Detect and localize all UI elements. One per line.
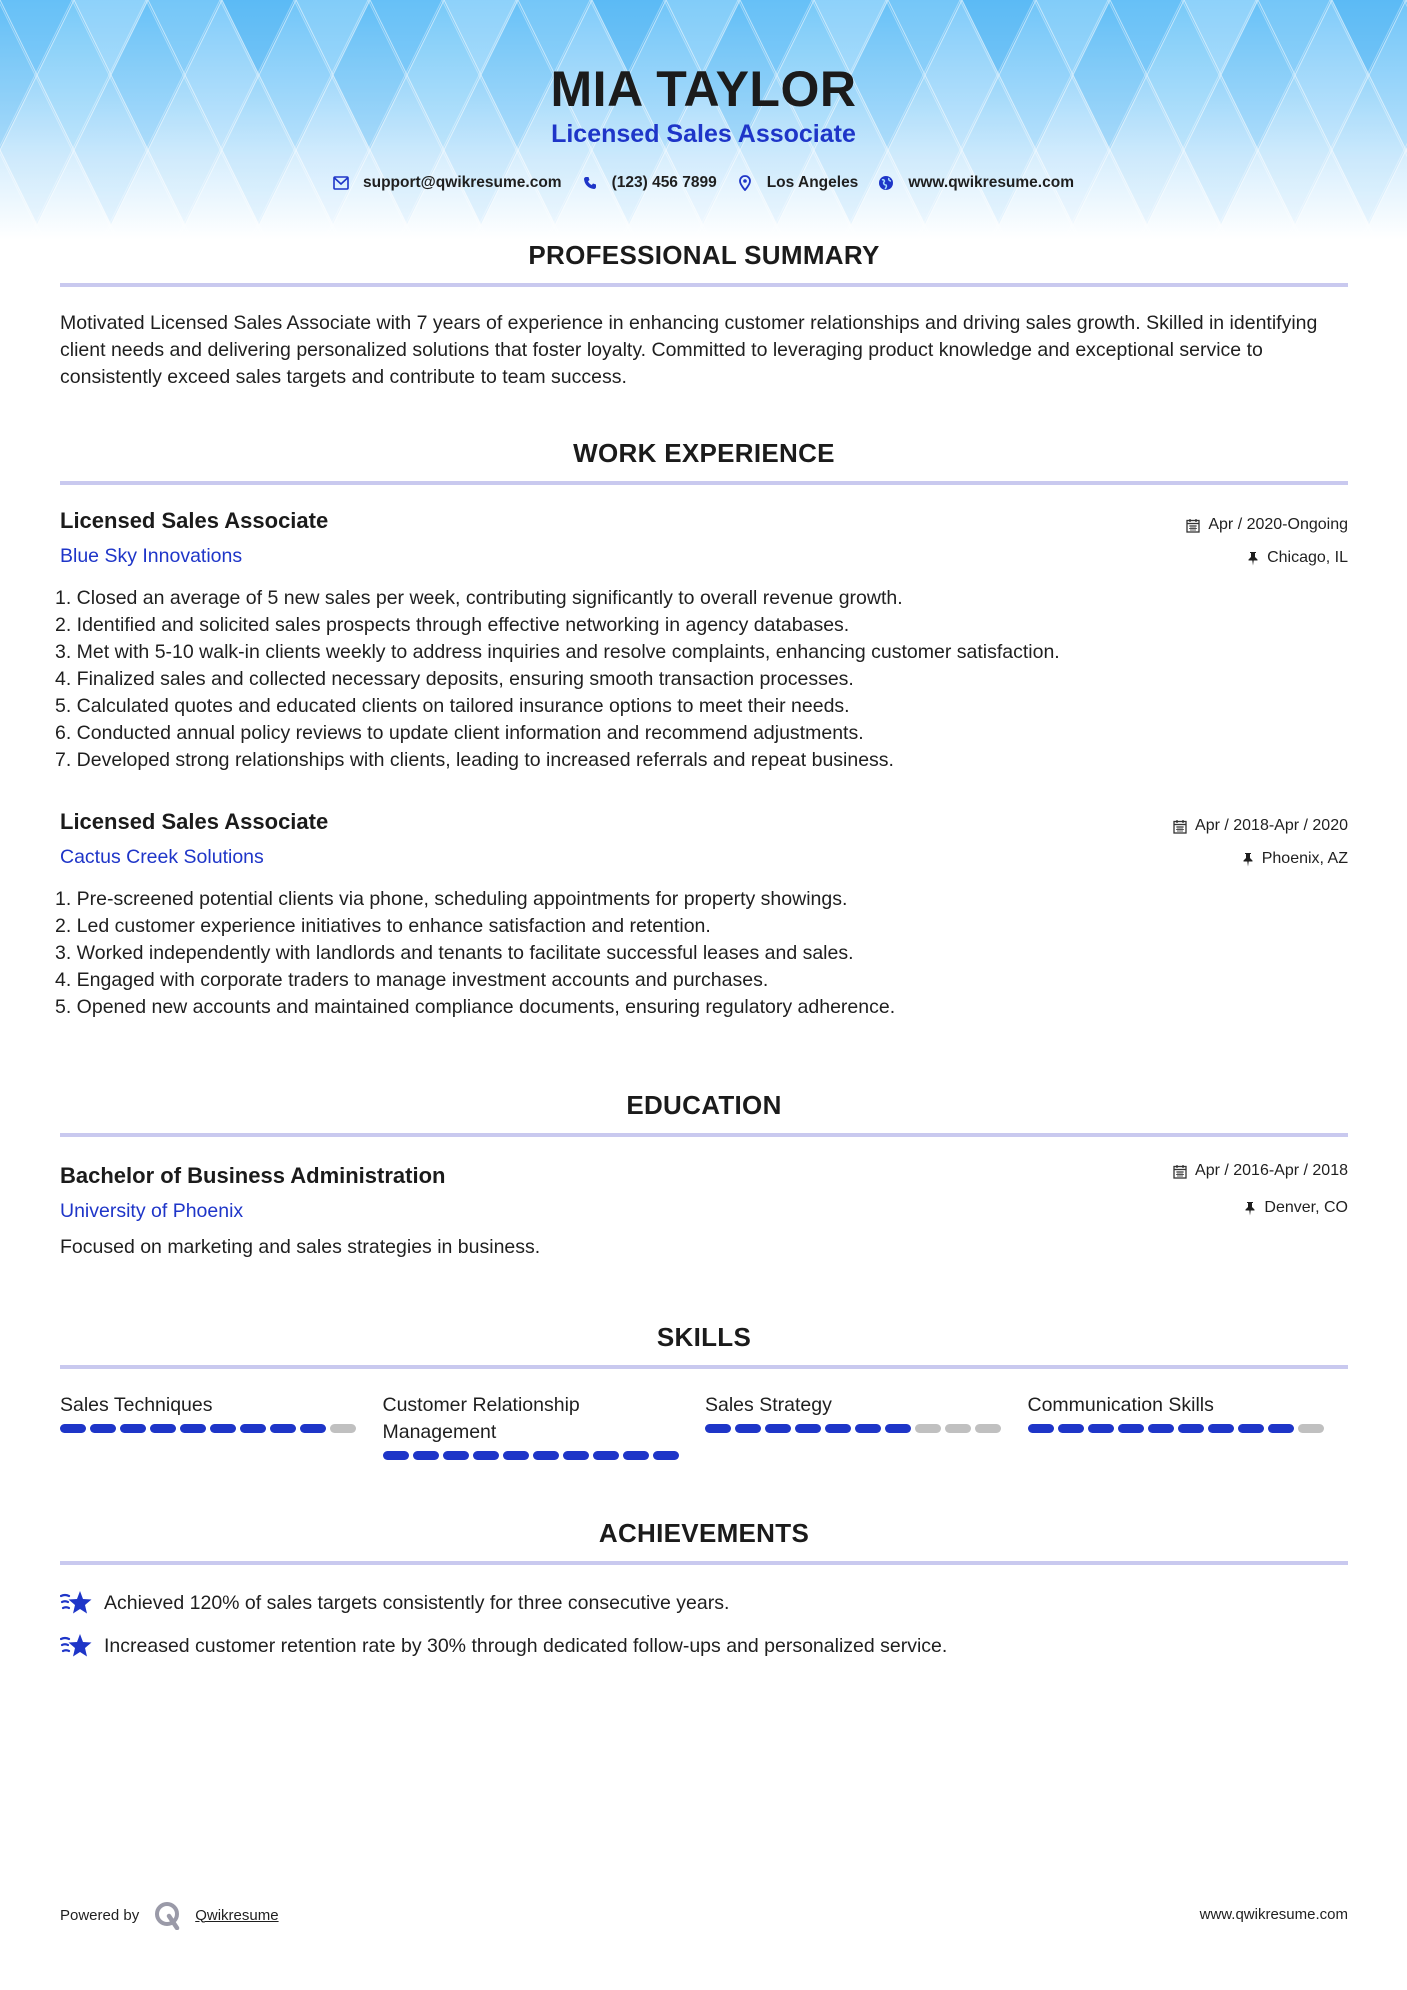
skill-segment [795,1424,821,1433]
skill-rating-bar [383,1451,706,1460]
section-divider [60,283,1348,287]
skill-segment [735,1424,761,1433]
skill-segment [1238,1424,1264,1433]
skill-item: Sales Techniques [60,1392,383,1460]
skill-segment [473,1451,499,1460]
skill-segment [1298,1424,1324,1433]
skill-segment [653,1451,679,1460]
skill-segment [413,1451,439,1460]
skill-segment [855,1424,881,1433]
shooting-star-icon [60,1589,94,1617]
section-divider [60,1365,1348,1369]
skill-rating-bar [1028,1424,1351,1433]
envelope-icon [333,175,349,191]
footer-website[interactable]: www.qwikresume.com [1200,1906,1348,1923]
degree-title: Bachelor of Business Administration [60,1163,445,1189]
job-dates: Apr / 2018-Apr / 2020 [1173,817,1348,835]
skill-segment [1268,1424,1294,1433]
job-bullet-list: 1. Closed an average of 5 new sales per … [55,585,1355,774]
job-location: Phoenix, AZ [1242,850,1348,868]
skill-segment [623,1451,649,1460]
skill-rating-bar [705,1424,1028,1433]
section-heading-experience: WORK EXPERIENCE [60,438,1348,469]
candidate-title: Licensed Sales Associate [0,120,1407,149]
skill-segment [1088,1424,1114,1433]
resume-header: MIA TAYLOR Licensed Sales Associate supp… [0,0,1407,240]
website-text: www.qwikresume.com [908,174,1074,192]
list-item: 3. Met with 5-10 walk-in clients weekly … [55,639,1355,666]
skill-segment [210,1424,236,1433]
skill-segment [1148,1424,1174,1433]
skill-segment [383,1451,409,1460]
job-dates-text: Apr / 2018-Apr / 2020 [1195,817,1348,835]
powered-by-label: Powered by [60,1907,139,1924]
skill-segment [1058,1424,1084,1433]
shooting-star-icon [60,1632,94,1660]
list-item: 2. Led customer experience initiatives t… [55,913,1355,940]
skill-name: Sales Strategy [705,1392,1005,1419]
skill-segment [533,1451,559,1460]
job-location-text: Phoenix, AZ [1262,850,1348,868]
phone-icon [582,175,598,191]
job-company: Blue Sky Innovations [60,545,242,568]
skill-segment [300,1424,326,1433]
education-location: Denver, CO [1244,1199,1348,1217]
education-description: Focused on marketing and sales strategie… [60,1234,1350,1261]
section-divider [60,1133,1348,1137]
pushpin-icon [1242,852,1254,867]
calendar-icon [1186,518,1200,533]
school-name: University of Phoenix [60,1200,243,1223]
skill-item: Customer Relationship Management [383,1392,706,1460]
contact-phone[interactable]: (123) 456 7899 [582,174,717,192]
skill-segment [885,1424,911,1433]
footer-powered-by: Powered by Qwikresume [60,1900,279,1930]
list-item: 3. Worked independently with landlords a… [55,940,1355,967]
map-pin-icon [737,175,753,191]
job-dates: Apr / 2020-Ongoing [1186,516,1348,534]
skill-segment [945,1424,971,1433]
calendar-icon [1173,819,1187,834]
skill-segment [90,1424,116,1433]
skills-grid: Sales Techniques Customer Relationship M… [60,1392,1350,1460]
pushpin-icon [1247,551,1259,566]
skill-segment [1178,1424,1204,1433]
skill-segment [975,1424,1001,1433]
calendar-icon [1173,1164,1187,1179]
skill-segment [563,1451,589,1460]
qwikresume-logo-icon [153,1900,183,1930]
list-item: 4. Finalized sales and collected necessa… [55,666,1355,693]
skill-segment [825,1424,851,1433]
job-location-text: Chicago, IL [1267,549,1348,567]
location-text: Los Angeles [767,174,859,192]
education-dates: Apr / 2016-Apr / 2018 [1173,1162,1348,1180]
skill-segment [1028,1424,1054,1433]
skill-segment [270,1424,296,1433]
contact-email[interactable]: support@qwikresume.com [333,174,562,192]
section-divider [60,481,1348,485]
skill-rating-bar [60,1424,383,1433]
job-bullet-list: 1. Pre-screened potential clients via ph… [55,886,1355,1021]
skill-segment [120,1424,146,1433]
section-heading-achievements: ACHIEVEMENTS [60,1518,1348,1549]
section-heading-skills: SKILLS [60,1322,1348,1353]
list-item: 1. Pre-screened potential clients via ph… [55,886,1355,913]
candidate-name: MIA TAYLOR [0,60,1407,118]
skill-segment [1118,1424,1144,1433]
skill-segment [915,1424,941,1433]
achievement-text: Increased customer retention rate by 30%… [104,1635,947,1658]
skill-segment [443,1451,469,1460]
skill-segment [593,1451,619,1460]
skill-segment [150,1424,176,1433]
phone-text: (123) 456 7899 [612,174,717,192]
job-location: Chicago, IL [1247,549,1348,567]
email-text: support@qwikresume.com [363,174,562,192]
achievement-item: Achieved 120% of sales targets consisten… [60,1589,729,1617]
skill-segment [240,1424,266,1433]
education-dates-text: Apr / 2016-Apr / 2018 [1195,1162,1348,1180]
education-location-text: Denver, CO [1264,1199,1348,1217]
job-dates-text: Apr / 2020-Ongoing [1208,516,1348,534]
qwikresume-link[interactable]: Qwikresume [195,1907,278,1924]
pushpin-icon [1244,1201,1256,1216]
skill-segment [330,1424,356,1433]
section-heading-education: EDUCATION [60,1090,1348,1121]
skill-name: Customer Relationship Management [383,1392,683,1446]
contact-location: Los Angeles [737,174,859,192]
skill-segment [60,1424,86,1433]
list-item: 5. Calculated quotes and educated client… [55,693,1355,720]
achievement-text: Achieved 120% of sales targets consisten… [104,1592,729,1615]
list-item: 2. Identified and solicited sales prospe… [55,612,1355,639]
section-heading-summary: PROFESSIONAL SUMMARY [60,240,1348,271]
job-title: Licensed Sales Associate [60,508,328,534]
achievement-item: Increased customer retention rate by 30%… [60,1632,947,1660]
contact-website[interactable]: www.qwikresume.com [878,174,1074,192]
list-item: 5. Opened new accounts and maintained co… [55,994,1355,1021]
skill-item: Sales Strategy [705,1392,1028,1460]
skill-segment [503,1451,529,1460]
skill-segment [705,1424,731,1433]
globe-icon [878,175,894,191]
skill-segment [1208,1424,1234,1433]
job-company: Cactus Creek Solutions [60,846,264,869]
skill-segment [765,1424,791,1433]
section-divider [60,1561,1348,1565]
job-title: Licensed Sales Associate [60,809,328,835]
skill-name: Communication Skills [1028,1392,1328,1419]
skill-item: Communication Skills [1028,1392,1351,1460]
skill-segment [180,1424,206,1433]
contact-row: support@qwikresume.com (123) 456 7899 Lo… [0,174,1407,192]
list-item: 6. Conducted annual policy reviews to up… [55,720,1355,747]
list-item: 1. Closed an average of 5 new sales per … [55,585,1355,612]
list-item: 4. Engaged with corporate traders to man… [55,967,1355,994]
summary-text: Motivated Licensed Sales Associate with … [60,310,1350,391]
list-item: 7. Developed strong relationships with c… [55,747,1355,774]
skill-name: Sales Techniques [60,1392,360,1419]
